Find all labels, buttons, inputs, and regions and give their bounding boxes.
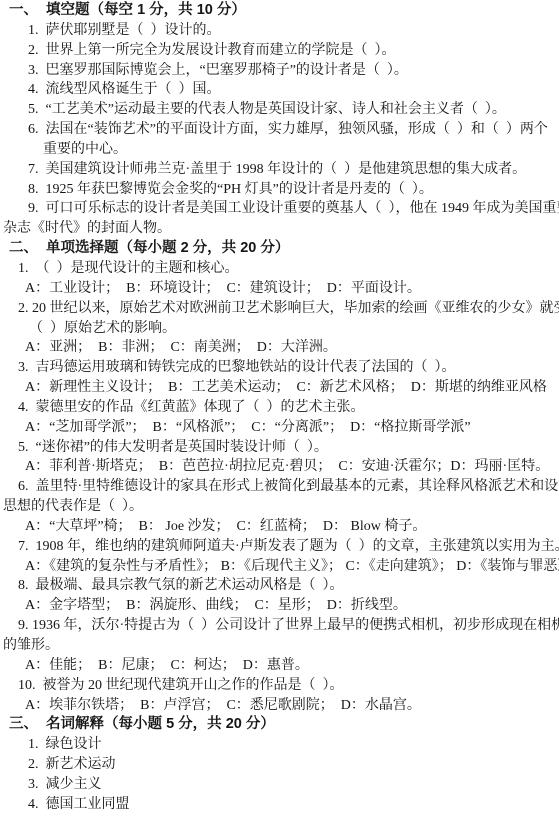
question-line: 7. 1908 年，维也纳的建筑师阿道夫·卢斯发表了题为（ ）的文章，主张建筑以… [18,537,559,557]
question-line: 6. 法国在“装饰艺术”的平面设计方面，实力雄厚，独领风骚，形成（ ）和（ ）两… [28,120,559,140]
question-line: 4. 蒙德里安的作品《红黄蓝》体现了（ ）的艺术主张。 [18,398,559,418]
question-line: 5. “迷你裙”的伟大发明者是英国时装设计师（ ）。 [18,438,559,458]
section-1: 一、 填空题（每空 1 分，共 10 分）1. 萨伏耶别墅是（ ）设计的。2. … [0,1,559,239]
question-line: 7. 美国建筑设计师弗兰克·盖里于 1998 年设计的（ ）是他建筑思想的集大成… [28,160,559,180]
exam-paper-page: 一、 填空题（每空 1 分，共 10 分）1. 萨伏耶别墅是（ ）设计的。2. … [0,0,559,816]
options-line: A：埃菲尔铁塔； B：卢浮宫； C：悉尼歌剧院； D：水晶宫。 [25,696,559,716]
options-line: A：《建筑的复杂性与矛盾性》； B：《后现代主义》； C：《走向建筑》； D：《… [25,557,559,577]
question-line: 9. 1936 年，沃尔·特提古为（ ）公司设计了世界上最早的便携式相机，初步形… [18,616,559,636]
question-line: 2. 世界上第一所完全为发展设计教育而建立的学院是（ ）。 [28,41,559,61]
options-line: A：新理性主义设计； B：工艺美术运动； C：新艺术风格； D：斯堪的纳维亚风格 [25,378,559,398]
question-line: 4. 流线型风格诞生于（ ）国。 [28,80,559,100]
question-line: 5. “工艺美术”运动最主要的代表人物是英国设计家、诗人和社会主义者（ ）。 [28,100,559,120]
question-line: 8. 最极端、最具宗教气氛的新艺术运动风格是（ ）。 [18,576,559,596]
options-line: A：亚洲； B：非洲； C：南美洲； D：大洋洲。 [25,338,559,358]
continuation-line: 杂志《时代》的封面人物。 [3,219,559,239]
question-line: 4. 德国工业同盟 [28,795,559,815]
question-line: 3. 巴塞罗那国际博览会上，“巴塞罗那椅子”的设计者是（ ）。 [28,61,559,81]
options-line: A：“大草坪”椅； B： Joe 沙发； C：红蓝椅； D： Blow 椅子。 [25,517,559,537]
question-line: 3. 吉玛德运用玻璃和铸铁完成的巴黎地铁站的设计代表了法国的（ ）。 [18,358,559,378]
question-line: 1. 绿色设计 [28,735,559,755]
section-1-heading: 一、 填空题（每空 1 分，共 10 分） [9,1,559,21]
continuation-line: 重要的中心。 [43,140,559,160]
options-line: A：“芝加哥学派”； B：“风格派”； C：“分离派”； D：“格拉斯哥学派” [25,418,559,438]
question-line: 3. 减少主义 [28,775,559,795]
question-line: 8. 1925 年获巴黎博览会金奖的“PH 灯具”的设计者是丹麦的（ ）。 [28,180,559,200]
question-line: 2. 新艺术运动 [28,755,559,775]
options-line: A：菲利普·斯塔克； B：芭芭拉·胡拉尼克·碧贝； C：安迪·沃霍尔；D：玛丽·… [25,457,559,477]
question-line: 9. 可口可乐标志的设计者是美国工业设计重要的奠基人（ ），他在 1949 年成… [28,199,559,219]
section-2: 二、 单项选择题（每小题 2 分，共 20 分）1. （ ）是现代设计的主题和核… [0,239,559,715]
section-3: 三、 名词解释（每小题 5 分，共 20 分）1. 绿色设计2. 新艺术运动3.… [0,715,559,814]
question-line: 6. 盖里特·里特维德设计的家具在形式上被简化到最基本的元素，其诠释风格派艺术和… [18,477,559,497]
document-body: 一、 填空题（每空 1 分，共 10 分）1. 萨伏耶别墅是（ ）设计的。2. … [0,1,559,815]
options-line: A：工业设计； B：环境设计； C：建筑设计； D：平面设计。 [25,279,559,299]
options-line: A：金字塔型； B：涡旋形、曲线； C：星形； D：折线型。 [25,596,559,616]
question-line: 1. 萨伏耶别墅是（ ）设计的。 [28,21,559,41]
question-line: 10. 被誉为 20 世纪现代建筑开山之作的作品是（ ）。 [18,676,559,696]
continuation-line: 的雏形。 [3,636,559,656]
section-3-heading: 三、 名词解释（每小题 5 分，共 20 分） [9,715,559,735]
section-2-heading: 二、 单项选择题（每小题 2 分，共 20 分） [9,239,559,259]
options-line: A：佳能； B：尼康； C：柯达； D：惠普。 [25,656,559,676]
continuation-line: （ ）原始艺术的影响。 [29,319,559,339]
continuation-line: 思想的代表作是（ ）。 [3,497,559,517]
question-line: 2. 20 世纪以来，原始艺术对欧洲前卫艺术影响巨大，毕加索的绘画《亚维农的少女… [18,299,559,319]
question-line: 1. （ ）是现代设计的主题和核心。 [18,259,559,279]
